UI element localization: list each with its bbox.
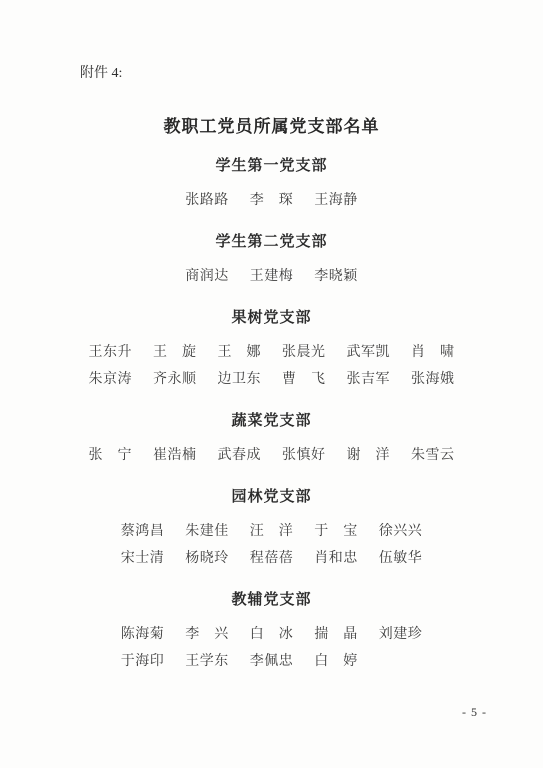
person-name: 王 娜 <box>218 343 262 363</box>
person-name: 武春成 <box>218 446 262 466</box>
name-rows: 王东升王 旋王 娜张晨光武军凯肖 啸朱京涛齐永顺边卫东曹 飞张吉军张海娥 <box>89 343 455 390</box>
sections: 学生第一党支部张路路李 琛王海静学生第二党支部商润达王建梅李晓颖果树党支部王东升… <box>0 159 543 672</box>
branch-section-title: 学生第二党支部 <box>0 235 543 250</box>
person-name: 崔浩楠 <box>153 446 197 466</box>
branch-section: 学生第二党支部商润达王建梅李晓颖 <box>0 235 543 287</box>
branch-section-title: 蔬菜党支部 <box>0 414 543 429</box>
name-row: 张路路李 琛王海静 <box>185 191 358 211</box>
person-name: 张慎好 <box>282 446 326 466</box>
person-name: 谢 洋 <box>347 446 391 466</box>
person-name: 陈海菊 <box>121 625 165 645</box>
name-rows: 张路路李 琛王海静 <box>185 191 358 211</box>
person-name: 边卫东 <box>218 370 262 390</box>
branch-section-title: 学生第一党支部 <box>0 159 543 174</box>
person-name: 李晓颖 <box>314 267 358 287</box>
branch-section-title: 教辅党支部 <box>0 593 543 608</box>
person-name: 曹 飞 <box>282 370 326 390</box>
person-name: 王海静 <box>314 191 358 211</box>
person-name: 李 兴 <box>185 625 229 645</box>
name-rows: 蔡鸿昌朱建佳汪 洋于 宝徐兴兴宋士清杨晓玲程蓓蓓肖和忠伍敏华 <box>121 522 423 569</box>
person-name: 朱雪云 <box>411 446 455 466</box>
person-name: 肖和忠 <box>314 549 358 569</box>
person-name: 张海娥 <box>411 370 455 390</box>
person-name: 杨晓玲 <box>185 549 229 569</box>
name-rows: 张 宁崔浩楠武春成张慎好谢 洋朱雪云 <box>89 446 455 466</box>
person-name: 张路路 <box>185 191 229 211</box>
person-name: 白 冰 <box>250 625 294 645</box>
person-name: 张晨光 <box>282 343 326 363</box>
person-name: 蔡鸿昌 <box>121 522 165 542</box>
person-name: 于 宝 <box>314 522 358 542</box>
name-rows: 陈海菊李 兴白 冰揣 晶刘建珍于海印王学东李佩忠白 婷 <box>121 625 423 672</box>
person-name: 王学东 <box>185 652 229 672</box>
page-number: - 5 - <box>462 705 487 720</box>
person-name: 王东升 <box>89 343 133 363</box>
branch-section: 蔬菜党支部张 宁崔浩楠武春成张慎好谢 洋朱雪云 <box>0 414 543 466</box>
person-name: 李 琛 <box>250 191 294 211</box>
name-row: 张 宁崔浩楠武春成张慎好谢 洋朱雪云 <box>89 446 455 466</box>
person-name: 于海印 <box>121 652 165 672</box>
person-name: 徐兴兴 <box>379 522 423 542</box>
person-name: 揣 晶 <box>314 625 358 645</box>
person-name: 宋士清 <box>121 549 165 569</box>
name-row: 商润达王建梅李晓颖 <box>185 267 358 287</box>
person-name: 齐永顺 <box>153 370 197 390</box>
person-name: 朱建佳 <box>185 522 229 542</box>
person-name: 武军凯 <box>347 343 391 363</box>
branch-section: 教辅党支部陈海菊李 兴白 冰揣 晶刘建珍于海印王学东李佩忠白 婷 <box>0 593 543 672</box>
person-name: 伍敏华 <box>379 549 423 569</box>
person-name: 商润达 <box>185 267 229 287</box>
branch-section-title: 园林党支部 <box>0 490 543 505</box>
person-name: 汪 洋 <box>250 522 294 542</box>
person-name: 朱京涛 <box>89 370 133 390</box>
name-row: 王东升王 旋王 娜张晨光武军凯肖 啸 <box>89 343 455 363</box>
name-row: 于海印王学东李佩忠白 婷 <box>121 652 423 672</box>
branch-section-title: 果树党支部 <box>0 311 543 326</box>
branch-section: 园林党支部蔡鸿昌朱建佳汪 洋于 宝徐兴兴宋士清杨晓玲程蓓蓓肖和忠伍敏华 <box>0 490 543 569</box>
person-name: 白 婷 <box>314 652 358 672</box>
document-content: 附件 4: 教职工党员所属党支部名单 学生第一党支部张路路李 琛王海静学生第二党… <box>0 0 543 672</box>
name-row: 蔡鸿昌朱建佳汪 洋于 宝徐兴兴 <box>121 522 423 542</box>
person-name: 王 旋 <box>153 343 197 363</box>
branch-section: 果树党支部王东升王 旋王 娜张晨光武军凯肖 啸朱京涛齐永顺边卫东曹 飞张吉军张海… <box>0 311 543 390</box>
branch-section: 学生第一党支部张路路李 琛王海静 <box>0 159 543 211</box>
attachment-label: 附件 4: <box>80 66 543 82</box>
name-row: 陈海菊李 兴白 冰揣 晶刘建珍 <box>121 625 423 645</box>
name-row: 宋士清杨晓玲程蓓蓓肖和忠伍敏华 <box>121 549 423 569</box>
person-name: 程蓓蓓 <box>250 549 294 569</box>
person-name: 肖 啸 <box>411 343 455 363</box>
name-rows: 商润达王建梅李晓颖 <box>185 267 358 287</box>
name-row: 朱京涛齐永顺边卫东曹 飞张吉军张海娥 <box>89 370 455 390</box>
person-name: 李佩忠 <box>250 652 294 672</box>
page-title: 教职工党员所属党支部名单 <box>0 118 543 135</box>
person-name: 张吉军 <box>347 370 391 390</box>
person-name: 刘建珍 <box>379 625 423 645</box>
person-name: 王建梅 <box>250 267 294 287</box>
person-name: 张 宁 <box>89 446 133 466</box>
document-page: 附件 4: 教职工党员所属党支部名单 学生第一党支部张路路李 琛王海静学生第二党… <box>0 0 543 768</box>
